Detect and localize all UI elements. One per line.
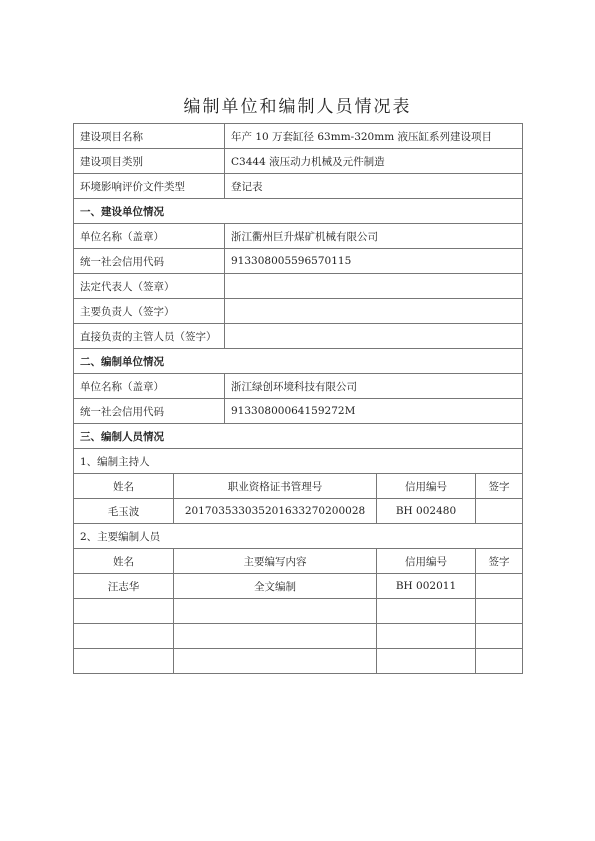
staff-content <box>174 624 377 649</box>
label-principal: 主要负责人（签字） <box>74 299 225 324</box>
table-row: 统一社会信用代码 91330800064159272M <box>74 399 523 424</box>
info-table: 建设项目名称 年产 10 万套缸径 63mm-320mm 液压缸系列建设项目 建… <box>73 123 523 674</box>
staff-content <box>174 599 377 624</box>
table-row <box>74 649 523 674</box>
col-header-credit-no: 信用编号 <box>377 549 476 574</box>
value-preparer-name: 浙江绿创环境科技有限公司 <box>225 374 523 399</box>
subheading-host: 1、编制主持人 <box>74 449 523 474</box>
label-preparer-credit-code: 统一社会信用代码 <box>74 399 225 424</box>
value-principal <box>225 299 523 324</box>
staff-name <box>74 649 174 674</box>
table-row: 环境影响评价文件类型 登记表 <box>74 174 523 199</box>
table-row: 统一社会信用代码 913308005596570115 <box>74 249 523 274</box>
section-heading-row: 一、建设单位情况 <box>74 199 523 224</box>
col-header-credit-no: 信用编号 <box>377 474 476 499</box>
value-project-name: 年产 10 万套缸径 63mm-320mm 液压缸系列建设项目 <box>225 124 523 149</box>
table-row: 建设项目名称 年产 10 万套缸径 63mm-320mm 液压缸系列建设项目 <box>74 124 523 149</box>
staff-name <box>74 624 174 649</box>
host-cert-no: 20170353303520163327020002​8 <box>174 499 377 524</box>
value-supervisor <box>225 324 523 349</box>
value-preparer-credit-code: 91330800064159272M <box>225 399 523 424</box>
section-heading-row: 二、编制单位情况 <box>74 349 523 374</box>
subheading-row: 1、编制主持人 <box>74 449 523 474</box>
label-preparer-name: 单位名称（盖章） <box>74 374 225 399</box>
label-document-type: 环境影响评价文件类型 <box>74 174 225 199</box>
label-project-name: 建设项目名称 <box>74 124 225 149</box>
table-row: 建设项目类别 C3444 液压动力机械及元件制造 <box>74 149 523 174</box>
table-row: 直接负责的主管人员（签字） <box>74 324 523 349</box>
staff-name <box>74 599 174 624</box>
staff-content <box>174 649 377 674</box>
col-header-signature: 签字 <box>476 549 523 574</box>
label-project-category: 建设项目类别 <box>74 149 225 174</box>
col-header-cert-no: 职业资格证书管理号 <box>174 474 377 499</box>
col-header-name: 姓名 <box>74 474 174 499</box>
value-project-category: C3444 液压动力机械及元件制造 <box>225 149 523 174</box>
section-heading-row: 三、编制人员情况 <box>74 424 523 449</box>
staff-signature <box>476 599 523 624</box>
col-header-signature: 签字 <box>476 474 523 499</box>
table-row: 单位名称（盖章） 浙江绿创环境科技有限公司 <box>74 374 523 399</box>
table-row: 汪志华 全文编制 BH 002011 <box>74 574 523 599</box>
staff-credit-no <box>377 599 476 624</box>
section-heading-preparer: 二、编制单位情况 <box>74 349 523 374</box>
table-row: 单位名称（盖章） 浙江衢州巨升煤矿机械有限公司 <box>74 224 523 249</box>
staff-signature <box>476 624 523 649</box>
staff-signature <box>476 574 523 599</box>
staff-credit-no <box>377 624 476 649</box>
host-credit-no: BH 002480 <box>377 499 476 524</box>
table-row <box>74 624 523 649</box>
value-builder-credit-code: 913308005596570115 <box>225 249 523 274</box>
subheading-staff: 2、主要编制人员 <box>74 524 523 549</box>
value-builder-name: 浙江衢州巨升煤矿机械有限公司 <box>225 224 523 249</box>
subheading-row: 2、主要编制人员 <box>74 524 523 549</box>
staff-content: 全文编制 <box>174 574 377 599</box>
staff-credit-no <box>377 649 476 674</box>
host-name: 毛玉波 <box>74 499 174 524</box>
label-legal-representative: 法定代表人（签章） <box>74 274 225 299</box>
label-builder-name: 单位名称（盖章） <box>74 224 225 249</box>
label-supervisor: 直接负责的主管人员（签字） <box>74 324 225 349</box>
column-header-row: 姓名 主要编写内容 信用编号 签字 <box>74 549 523 574</box>
host-signature <box>476 499 523 524</box>
table-row: 毛玉波 20170353303520163327020002​8 BH 0024… <box>74 499 523 524</box>
label-builder-credit-code: 统一社会信用代码 <box>74 249 225 274</box>
section-heading-staff: 三、编制人员情况 <box>74 424 523 449</box>
page-title: 编制单位和编制人员情况表 <box>0 92 595 117</box>
staff-signature <box>476 649 523 674</box>
value-document-type: 登记表 <box>225 174 523 199</box>
value-legal-representative <box>225 274 523 299</box>
col-header-name: 姓名 <box>74 549 174 574</box>
table-row <box>74 599 523 624</box>
table-row: 主要负责人（签字） <box>74 299 523 324</box>
section-heading-builder: 一、建设单位情况 <box>74 199 523 224</box>
column-header-row: 姓名 职业资格证书管理号 信用编号 签字 <box>74 474 523 499</box>
col-header-content: 主要编写内容 <box>174 549 377 574</box>
staff-name: 汪志华 <box>74 574 174 599</box>
table-row: 法定代表人（签章） <box>74 274 523 299</box>
staff-credit-no: BH 002011 <box>377 574 476 599</box>
